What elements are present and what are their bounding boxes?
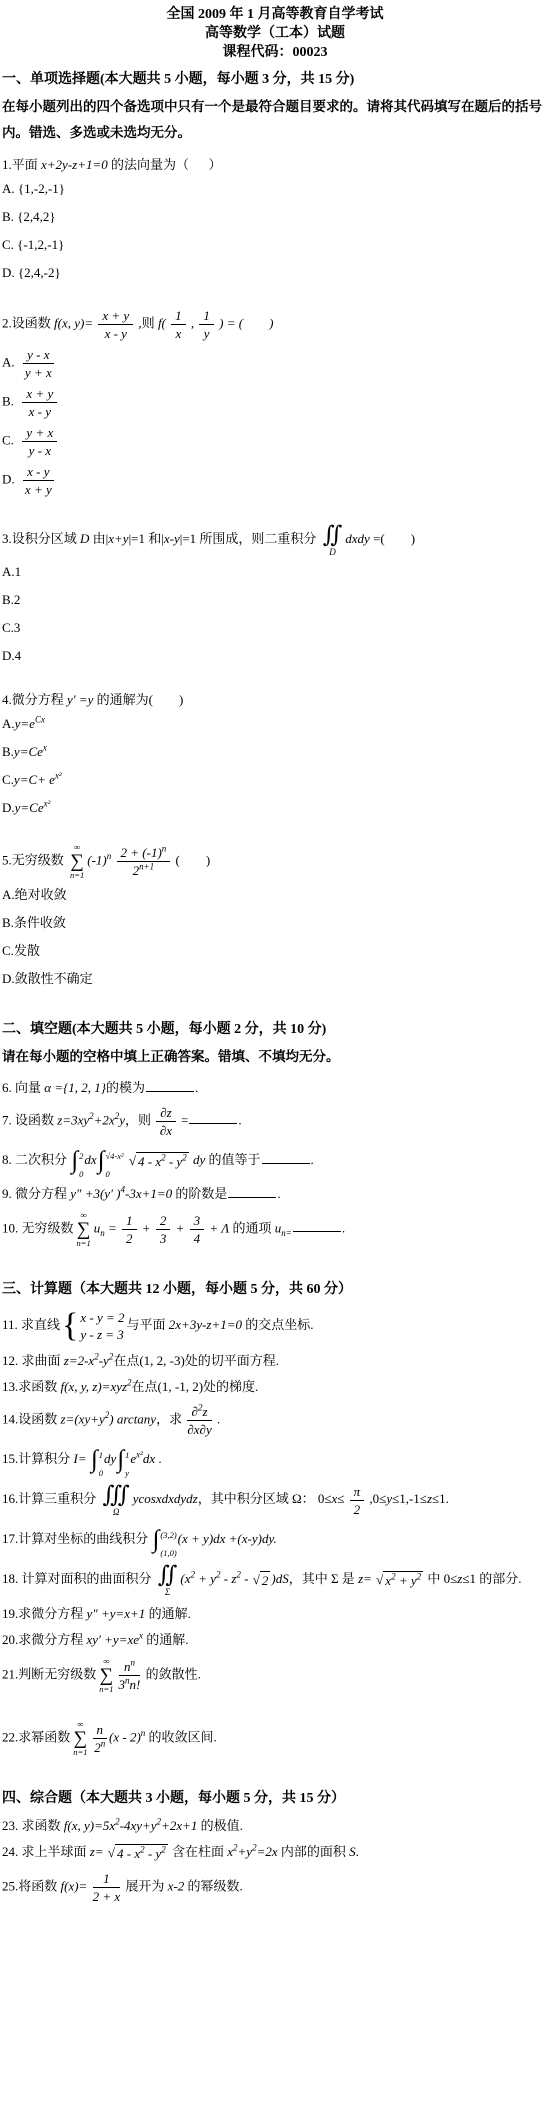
math-run: + <box>172 1220 187 1235</box>
text-run: 1 <box>203 308 210 323</box>
integral-upper-bound: 1 <box>99 1446 103 1464</box>
integral-lower-bound: y <box>125 1464 129 1482</box>
math-run: z=2-x <box>64 1353 94 1368</box>
integral-bounds: 20 <box>79 1147 83 1175</box>
math-run: z=(xy+y <box>61 1411 105 1426</box>
math-run: + y <box>396 1573 417 1588</box>
option-3-A: A.1 <box>2 563 548 581</box>
answer-blank <box>146 1078 194 1092</box>
math-run: 4 - x <box>117 1846 140 1861</box>
math-run: (x + y)dx +(x-y)dy. <box>178 1531 277 1546</box>
option-3-D: D.4 <box>2 647 548 665</box>
square-root: √4 - x2 - y2 <box>129 1152 189 1171</box>
text-run: y + x <box>25 365 52 380</box>
exam-document-body: 一、单项选择题(本大题共 5 小题，每小题 3 分，共 15 分)在每小题列出的… <box>2 70 548 1904</box>
fraction-denominator: ∂x∂y <box>187 1421 211 1437</box>
math-run: + Λ <box>206 1220 229 1235</box>
text-run: A. <box>2 716 15 731</box>
text-run: . <box>356 1844 359 1859</box>
integral-lower-bound: (1,0) <box>160 1544 176 1562</box>
left-brace: { <box>62 1308 78 1344</box>
superscript: 2 <box>182 1152 187 1162</box>
fraction-denominator: 2 <box>350 1501 365 1517</box>
math-run: I= <box>74 1451 90 1466</box>
math-run: dy <box>104 1451 116 1466</box>
sigma-symbol: ∑ <box>100 1666 114 1685</box>
question-2: 2.设函数 f(x, y)= x + yx - y ,则 f( 1x , 1y … <box>2 308 548 341</box>
fraction-numerator: 2 <box>156 1213 171 1230</box>
question-18: 18. 计算对面积的曲面积分 ∬Σ(x2 + y2 - z2 - √2)dS，其… <box>2 1563 548 1597</box>
fraction: nn3nn! <box>119 1659 141 1692</box>
question-3: 3.设积分区域 D 由|x+y|=1 和|x-y|=1 所围成，则二重积分 ∬D… <box>2 523 548 557</box>
text-run: 的通项 <box>229 1220 275 1235</box>
text-run: 3 <box>160 1231 167 1246</box>
sum-lower-limit: n=1 <box>70 871 84 880</box>
text-run: 13.求函数 <box>2 1379 61 1394</box>
text-run: 17.计算对坐标的曲线积分 <box>2 1531 152 1546</box>
option-5-B: B.条件收敛 <box>2 914 548 932</box>
radical-symbol: √ <box>129 1152 136 1170</box>
superscript: 2 <box>161 1844 166 1854</box>
sigma-symbol: ∑ <box>77 1220 91 1239</box>
fraction-numerator: ∂z <box>156 1105 175 1122</box>
text-run: 4.微分方程 <box>2 692 67 707</box>
math-run: +2x <box>94 1112 115 1127</box>
text-run: 的通解. <box>146 1632 188 1647</box>
option-1-A: A. {1,-2,-1} <box>2 180 548 198</box>
integral-upper-bound: (3,2) <box>160 1526 176 1544</box>
integral-domain: Ω <box>113 1507 120 1517</box>
math-run: z <box>202 1404 207 1419</box>
text-run: 内部的面积 <box>278 1844 350 1859</box>
option-5-C: C.发散 <box>2 942 548 960</box>
fraction: 34 <box>190 1213 205 1246</box>
math-run: y′ =y <box>67 692 93 707</box>
text-run: 的收敛区间. <box>145 1729 217 1744</box>
fraction-denominator: x - y <box>98 325 133 341</box>
text-run: 10. 无穷级数 <box>2 1220 74 1235</box>
fraction: 12 <box>122 1213 137 1246</box>
text-run: 14.设函数 <box>2 1411 61 1426</box>
text-run: 2.设函数 <box>2 315 54 330</box>
text-run: 22.求幂函数 <box>2 1729 70 1744</box>
question-13: 13.求函数 f(x, y, z)=xyz2在点(1, -1, 2)处的梯度. <box>2 1378 548 1396</box>
integral-symbol: ∬ <box>158 1563 178 1587</box>
option-3-C: C.3 <box>2 619 548 637</box>
text-run: x + y <box>26 386 53 401</box>
text-run: . <box>238 1112 241 1127</box>
fraction: 1x <box>171 308 186 341</box>
radical-symbol: √ <box>253 1571 260 1589</box>
text-run: D. {2,4,-2} <box>2 265 61 280</box>
math-run: =2x <box>257 1844 278 1859</box>
text-run: ∂x∂y <box>187 1422 211 1437</box>
option-5-D: D.敛散性不确定 <box>2 970 548 988</box>
text-run: 1 <box>126 1213 133 1228</box>
math-run: ) arctany <box>109 1411 156 1426</box>
question-7: 7. 设函数 z=3xy2+2x2y，则 ∂z∂x =. <box>2 1105 548 1138</box>
section-3-heading: 三、计算题（本大题共 12 小题，每小题 5 分，共 60 分） <box>2 1280 548 1300</box>
text-run: 23. 求函数 <box>2 1818 64 1833</box>
text-run: A.1 <box>2 564 21 579</box>
math-run: f(x, y)= <box>54 315 96 330</box>
radical-symbol: √ <box>376 1571 383 1589</box>
fraction-numerator: y + x <box>22 425 57 442</box>
subscript: n= <box>281 1228 292 1238</box>
fraction-denominator: 3 <box>156 1230 171 1246</box>
text-run: 则 <box>142 315 158 330</box>
text-run: 的模为 <box>106 1080 145 1095</box>
fraction: ∂z∂x <box>156 1105 175 1138</box>
question-9: 9. 微分方程 y″ +3(y′ )4-3x+1=0 的阶数是. <box>2 1184 548 1203</box>
math-run: 2 + (-1) <box>121 845 162 860</box>
fraction-denominator: 2n <box>93 1739 108 1755</box>
integral-symbol: ∫ <box>153 1525 160 1555</box>
text-run: 2 + x <box>93 1889 121 1904</box>
text-run: ，则 <box>125 1112 154 1127</box>
superscript: n+1 <box>139 862 154 872</box>
sum-lower-limit: n=1 <box>73 1748 87 1757</box>
text-run: ≤ <box>337 1491 347 1506</box>
math-run: f(x, y)=5x <box>64 1818 115 1833</box>
math-run: x+y <box>108 531 128 546</box>
sigma-symbol: ∑ <box>70 852 84 871</box>
square-root: √2 <box>253 1571 271 1590</box>
question-24: 24. 求上半球面 z= √4 - x2 - y2 含在柱面 x2+y2=2x … <box>2 1843 548 1863</box>
math-run: y″ +y=x+1 <box>87 1606 146 1621</box>
text-run: 含在柱面 <box>169 1844 228 1859</box>
fraction-numerator: ∂2z <box>187 1404 211 1421</box>
text-run: 的敛散性. <box>142 1666 201 1681</box>
superscript: n <box>130 1658 135 1668</box>
text-run: ∂x <box>160 1123 172 1138</box>
text-run: 18. 计算对面积的曲面积分 <box>2 1571 155 1586</box>
superscript: x² <box>55 771 62 781</box>
fraction-numerator: x + y <box>22 386 57 403</box>
text-run: B. {2,4,2} <box>2 209 56 224</box>
math-run: +y <box>238 1844 253 1859</box>
sum-lower-limit: n=1 <box>99 1685 113 1694</box>
question-10: 10. 无穷级数∞∑n=1un = 12 + 23 + 34 + Λ 的通项 u… <box>2 1211 548 1248</box>
radical-symbol: √ <box>108 1844 115 1862</box>
math-run: dy <box>190 1152 206 1167</box>
option-2-A: A. y - xy + x <box>2 347 548 380</box>
text-run: ≤1 的部分. <box>462 1571 521 1586</box>
text-run: x <box>176 326 182 341</box>
text-run: ，其中 Σ 是 <box>289 1571 358 1586</box>
fraction-numerator: x + y <box>98 308 133 325</box>
fraction-numerator: 2 + (-1)n <box>117 845 171 862</box>
option-2-B: B. x + yx - y <box>2 386 548 419</box>
text-run: D. <box>2 800 15 815</box>
text-run: 与平面 <box>127 1317 169 1332</box>
option-1-B: B. {2,4,2} <box>2 208 548 226</box>
text-run: C.3 <box>2 620 20 635</box>
equation-rows: x - y = 2y - z = 3 <box>80 1309 124 1343</box>
text-run: y <box>204 326 210 341</box>
integral-symbol: ∫ <box>71 1146 78 1176</box>
text-run: 的极值. <box>197 1818 243 1833</box>
text-run: D.4 <box>2 648 21 663</box>
math-run: f(x)= <box>61 1878 91 1893</box>
fraction: 23 <box>156 1213 171 1246</box>
radicand: 4 - x2 - y2 <box>136 1152 189 1171</box>
text-run: y - x <box>27 347 49 362</box>
text-run: =( ) <box>370 531 415 546</box>
multiple-integral: ∭Ω <box>103 1483 130 1517</box>
integral-upper-bound: √4-x² <box>106 1147 124 1165</box>
math-run: )dS <box>271 1571 288 1586</box>
answer-blank <box>262 1150 310 1164</box>
fraction-denominator: ∂x <box>156 1122 175 1138</box>
math-run: (-1) <box>87 852 107 867</box>
integral-lower-bound: 0 <box>99 1464 103 1482</box>
text-run: 2 <box>126 1231 133 1246</box>
fraction-denominator: y - x <box>22 442 57 458</box>
exam-paper-page: 全国 2009 年 1 月高等教育自学考试 高等数学（工本）试题 课程代码：00… <box>0 0 550 2122</box>
question-5: 5.无穷级数 ∞∑n=1(-1)n 2 + (-1)n2n+1 ( ) <box>2 843 548 880</box>
math-run: y″ +3(y′ ) <box>70 1186 120 1201</box>
fraction: n2n <box>93 1722 108 1755</box>
option-4-C: C.y=C+ ex² <box>2 771 548 789</box>
integral: ∫(3,2)(1,0) <box>153 1525 177 1555</box>
fraction: 12 + x <box>93 1871 121 1904</box>
fraction: 1y <box>199 308 214 341</box>
text-run: 7. 设函数 <box>2 1112 57 1127</box>
integral-symbol: ∫ <box>98 1146 105 1176</box>
math-run: n! <box>130 1677 141 1692</box>
integral-symbol: ∫ <box>117 1445 124 1475</box>
math-run: ycosxdxdydz <box>133 1491 198 1506</box>
math-run: (x - 2) <box>109 1729 141 1744</box>
summation: ∞∑n=1 <box>99 1657 113 1694</box>
text-run <box>111 852 114 867</box>
integral: ∫√4-x²0 <box>98 1146 124 1176</box>
math-run: - y <box>145 1846 162 1861</box>
text-run: x - y <box>27 464 49 479</box>
section-1-instruction: 在每小题列出的四个备选项中只有一个是最符合题目要求的。请将其代码填写在题后的括号… <box>2 94 548 146</box>
text-run: . <box>277 1186 280 1201</box>
fraction: x + yx - y <box>22 386 57 419</box>
question-4: 4.微分方程 y′ =y 的通解为( ) <box>2 691 548 709</box>
question-16: 16.计算三重积分 ∭Ωycosxdxdydz，其中积分区域 Ω： 0≤x≤ π… <box>2 1483 548 1517</box>
exam-title-line-1: 全国 2009 年 1 月高等教育自学考试 <box>2 5 548 24</box>
math-run: -4xy+y <box>120 1818 157 1833</box>
text-run: B. <box>2 393 20 408</box>
text-run: C. {-1,2,-1} <box>2 237 64 252</box>
fraction-denominator: y + x <box>23 364 53 380</box>
question-14: 14.设函数 z=(xy+y2) arctany，求 ∂2z∂x∂y . <box>2 1404 548 1437</box>
equation-row: y - z = 3 <box>80 1326 124 1343</box>
text-run: 12. 求曲面 <box>2 1353 64 1368</box>
text-run: 的交点坐标. <box>242 1317 314 1332</box>
fraction: 2 + (-1)n2n+1 <box>117 845 171 878</box>
integral-symbol: ∭ <box>103 1483 130 1507</box>
text-run: 的阶数是 <box>172 1186 227 1201</box>
fraction-denominator: x <box>171 325 186 341</box>
section-2-instruction: 请在每小题的空格中填上正确答案。错填、不填均无分。 <box>2 1044 548 1070</box>
math-run: z= <box>90 1844 107 1859</box>
question-1: 1.平面 x+2y-z+1=0 的法向量为（ ） <box>2 156 548 174</box>
integral-lower-bound: 0 <box>79 1165 83 1183</box>
math-run: z=3xy <box>57 1112 89 1127</box>
radicand: x2 + y2 <box>383 1571 423 1590</box>
answer-blank <box>189 1110 237 1124</box>
text-run: x + y <box>102 308 129 323</box>
text-run: 2 <box>354 1502 361 1517</box>
text-run: y + x <box>26 425 53 440</box>
text-run: 5.无穷级数 <box>2 852 67 867</box>
fraction-denominator: x + y <box>23 481 53 497</box>
superscript: Cx <box>35 715 45 725</box>
equation-row: x - y = 2 <box>80 1309 124 1326</box>
text-run: 1 <box>103 1871 110 1886</box>
option-2-C: C. y + xy - x <box>2 425 548 458</box>
text-run: ∂z <box>160 1105 171 1120</box>
math-run: f(x, y, z)=xyz <box>61 1379 128 1394</box>
math-run: ) = ( ) <box>216 315 274 330</box>
math-run: x+2y-z+1=0 <box>41 157 108 172</box>
option-2-D: D. x - yx + y <box>2 464 548 497</box>
text-run: B. <box>2 744 14 759</box>
math-run: 2x+3y-z+1=0 <box>169 1317 242 1332</box>
question-12: 12. 求曲面 z=2-x2-y2在点(1, 2, -3)处的切平面方程. <box>2 1352 548 1370</box>
text-run: ，求 <box>156 1411 185 1426</box>
text-run: = <box>178 1112 189 1127</box>
fraction-numerator: 3 <box>190 1213 205 1230</box>
text-run: D. <box>2 471 21 486</box>
text-run: 24. 求上半球面 <box>2 1844 90 1859</box>
text-run: . <box>311 1152 314 1167</box>
fraction-numerator: 1 <box>171 308 186 325</box>
text-run: 20.求微分方程 <box>2 1632 87 1647</box>
question-11: 11. 求直线{x - y = 2y - z = 3与平面 2x+3y-z+1=… <box>2 1308 548 1344</box>
radicand: 2 <box>260 1571 271 1590</box>
option-3-B: B.2 <box>2 591 548 609</box>
sigma-symbol: ∑ <box>74 1729 88 1748</box>
section-4-heading: 四、综合题（本大题共 3 小题，每小题 5 分，共 15 分） <box>2 1789 548 1809</box>
option-4-D: D.y=Cex² <box>2 799 548 817</box>
superscript: x <box>43 743 47 753</box>
fraction: x + yx - y <box>98 308 133 341</box>
text-run: A. {1,-2,-1} <box>2 181 65 196</box>
text-run: 6. 向量 <box>2 1080 44 1095</box>
question-20: 20.求微分方程 xy′ +y=xex 的通解. <box>2 1631 548 1649</box>
text-run: C. <box>2 432 20 447</box>
math-run: dxdy <box>345 531 370 546</box>
text-run: 的法向量为（ ） <box>108 157 222 172</box>
text-run: 8. 二次积分 <box>2 1152 70 1167</box>
math-run: y=Ce <box>14 744 43 759</box>
fraction-numerator: 1 <box>93 1871 121 1888</box>
text-run: ≤1. <box>432 1491 449 1506</box>
square-root: √x2 + y2 <box>376 1571 423 1590</box>
equation-system: {x - y = 2y - z = 3 <box>62 1308 124 1344</box>
text-run: 21.判断无穷级数 <box>2 1666 96 1681</box>
question-19: 19.求微分方程 y″ +y=x+1 的通解. <box>2 1605 548 1623</box>
text-run: B.条件收敛 <box>2 915 66 930</box>
text-run: . <box>155 1451 162 1466</box>
text-run: D.敛散性不确定 <box>2 971 93 986</box>
fraction-numerator: 1 <box>122 1213 137 1230</box>
integral-lower-bound: 0 <box>106 1165 124 1183</box>
section-1: 一、单项选择题(本大题共 5 小题，每小题 3 分，共 15 分)在每小题列出的… <box>2 70 548 988</box>
math-run: y=Ce <box>15 800 44 815</box>
math-run: - <box>241 1571 252 1586</box>
fraction-denominator: 4 <box>190 1230 205 1246</box>
math-run: dx <box>84 1152 96 1167</box>
summation: ∞∑n=1 <box>73 1720 87 1757</box>
text-run: y - x <box>29 443 51 458</box>
text-run: 的幂级数. <box>184 1878 243 1893</box>
text-run: ≤1,-1≤ <box>392 1491 427 1506</box>
question-25: 25.将函数 f(x)= 12 + x 展开为 x-2 的幂级数. <box>2 1871 548 1904</box>
text-run: 在点(1, 2, -3)处的切平面方程. <box>113 1353 279 1368</box>
text-run: 16.计算三重积分 <box>2 1491 100 1506</box>
text-run: x - y <box>29 404 51 419</box>
text-run: 9. 微分方程 <box>2 1186 70 1201</box>
section-4: 四、综合题（本大题共 3 小题，每小题 5 分，共 15 分）23. 求函数 f… <box>2 1789 548 1904</box>
section-2-heading: 二、填空题(本大题共 5 小题，每小题 2 分，共 10 分) <box>2 1020 548 1040</box>
integral-upper-bound: 2 <box>79 1147 83 1165</box>
fraction-numerator: nn <box>119 1659 141 1676</box>
fraction-numerator: x - y <box>23 464 53 481</box>
text-run: 由| <box>89 531 108 546</box>
fraction-numerator: 1 <box>199 308 214 325</box>
text-run: ( ) <box>172 852 210 867</box>
fraction-denominator: y <box>199 325 214 341</box>
text-run: C. <box>2 772 14 787</box>
fraction: y - xy + x <box>23 347 53 380</box>
integral-bounds: √4-x²0 <box>106 1147 124 1175</box>
fraction-denominator: 2 <box>122 1230 137 1246</box>
text-run: 19.求微分方程 <box>2 1606 87 1621</box>
math-run: - y <box>166 1154 183 1169</box>
fraction: x - yx + y <box>23 464 53 497</box>
fraction: ∂2z∂x∂y <box>187 1404 211 1437</box>
text-run: ，其中积分区域 Ω： 0≤ <box>198 1491 332 1506</box>
text-run: . <box>342 1220 345 1235</box>
radicand: 4 - x2 - y2 <box>115 1844 168 1863</box>
integral: ∫10 <box>91 1445 103 1475</box>
text-run: B.2 <box>2 592 20 607</box>
multiple-integral: ∬D <box>323 523 343 557</box>
fraction-numerator: y - x <box>23 347 53 364</box>
math-run: D <box>80 531 89 546</box>
integral: ∫20 <box>71 1146 83 1176</box>
summation: ∞∑n=1 <box>77 1211 91 1248</box>
math-run: y=C+ e <box>14 772 55 787</box>
text-run: 的值等于 <box>205 1152 260 1167</box>
exam-course-code: 课程代码：00023 <box>2 43 548 62</box>
integral-domain: D <box>329 547 336 557</box>
text-run: 2 <box>160 1213 167 1228</box>
integral-bounds: (3,2)(1,0) <box>160 1526 176 1554</box>
superscript: 2 <box>417 1571 422 1581</box>
option-5-A: A.绝对收敛 <box>2 886 548 904</box>
integral-bounds: 1y <box>125 1446 129 1474</box>
math-run: (x <box>180 1571 190 1586</box>
math-run: - z <box>221 1571 237 1586</box>
multiple-integral: ∬Σ <box>158 1563 178 1597</box>
question-17: 17.计算对坐标的曲线积分 ∫(3,2)(1,0)(x + y)dx +(x-y… <box>2 1525 548 1555</box>
text-run: 在点(1, -1, 2)处的梯度. <box>132 1379 259 1394</box>
math-run: -3x+1=0 <box>125 1186 172 1201</box>
text-run: 11. 求直线 <box>2 1317 60 1332</box>
text-run: 4 <box>194 1231 201 1246</box>
text-run: ,0≤ <box>366 1491 386 1506</box>
fraction: y + xy - x <box>22 425 57 458</box>
